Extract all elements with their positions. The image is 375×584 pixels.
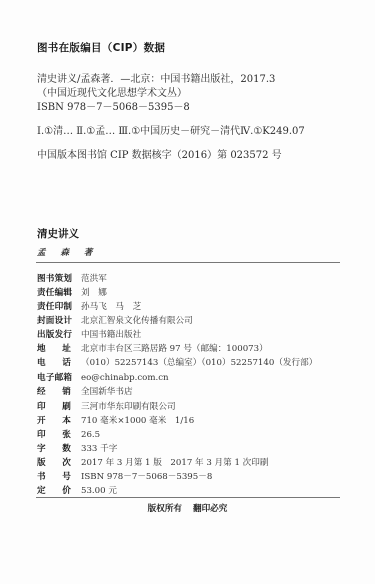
colophon-value: 孙马飞 马 芝 xyxy=(81,300,141,312)
colophon-value: 刘 娜 xyxy=(81,286,107,298)
colophon-value: （010）52257143（总编室）（010）52257140（发行部） xyxy=(81,356,317,368)
colophon-label: 地址 xyxy=(37,342,71,354)
colophon-value: 710 毫米×1000 毫米 1/16 xyxy=(81,414,194,426)
cip-series-line: （中国近现代文化思想学术文丛） xyxy=(37,84,187,99)
colophon-row-word-count: 字数333 千字 xyxy=(37,442,117,454)
colophon-row-edition: 版次2017 年 3 月第 1 版 2017 年 3 月第 1 次印刷 xyxy=(37,456,268,468)
colophon-row-format: 开本710 毫米×1000 毫米 1/16 xyxy=(37,414,194,426)
colophon-label: 书号 xyxy=(37,470,71,482)
colophon-row-printer: 印刷三河市华东印刷有限公司 xyxy=(37,400,176,412)
colophon-row-isbn: 书号ISBN 978－7－5068－5395－8 xyxy=(37,470,212,482)
colophon-label: 电话 xyxy=(37,356,71,368)
colophon-row-planner: 图书策划范洪军 xyxy=(37,272,107,284)
colophon-value: eo@chinabp.com.cn xyxy=(81,373,169,383)
colophon-value: 333 千字 xyxy=(81,442,117,454)
copyright-notice: 版权所有 翻印必究 xyxy=(0,502,375,514)
colophon-label: 字数 xyxy=(37,442,71,454)
colophon-value: 北京市丰台区三路居路 97 号（邮编：100073） xyxy=(81,342,268,354)
colophon-label: 图书策划 xyxy=(37,272,81,284)
colophon-value: 53.00 元 xyxy=(81,484,117,496)
colophon-label: 经销 xyxy=(37,385,71,397)
colophon-row-price: 定价53.00 元 xyxy=(37,484,117,496)
colophon-value: 范洪军 xyxy=(81,272,107,284)
colophon-value: 2017 年 3 月第 1 版 2017 年 3 月第 1 次印刷 xyxy=(81,456,268,468)
colophon-label: 开本 xyxy=(37,414,71,426)
colophon-label: 印张 xyxy=(37,428,71,440)
colophon-label: 责任编辑 xyxy=(37,286,81,298)
colophon-row-phone: 电话（010）52257143（总编室）（010）52257140（发行部） xyxy=(37,356,317,368)
colophon-row-address: 地址北京市丰台区三路居路 97 号（邮编：100073） xyxy=(37,342,268,354)
top-divider xyxy=(36,262,340,263)
colophon-label: 印刷 xyxy=(37,400,71,412)
colophon-row-editor: 责任编辑刘 娜 xyxy=(37,286,107,298)
colophon-value: 全国新华书店 xyxy=(81,385,133,397)
copyright-page: 图书在版编目（CIP）数据 清史讲义/孟森著．—北京：中国书籍出版社，2017.… xyxy=(0,0,375,584)
colophon-row-publisher: 出版发行中国书籍出版社 xyxy=(37,328,141,340)
colophon-value: 26.5 xyxy=(81,430,100,440)
colophon-row-distributor: 经销全国新华书店 xyxy=(37,385,133,397)
cip-citation-line: 清史讲义/孟森著．—北京：中国书籍出版社，2017.3 xyxy=(37,70,275,85)
cip-record-number-line: 中国版本图书馆 CIP 数据核字（2016）第 023572 号 xyxy=(37,146,282,161)
book-title: 清史讲义 xyxy=(37,226,79,241)
colophon-value: 中国书籍出版社 xyxy=(81,328,141,340)
cip-isbn-line: ISBN 978－7－5068－5395－8 xyxy=(37,98,190,113)
colophon-row-sheets: 印张26.5 xyxy=(37,428,100,440)
bottom-divider xyxy=(36,497,340,498)
colophon-row-print-supervisor: 责任印制孙马飞 马 芝 xyxy=(37,300,141,312)
colophon-label: 出版发行 xyxy=(37,328,81,340)
book-author: 孟 森 著 xyxy=(37,246,98,258)
colophon-row-email: 电子邮箱eo@chinabp.com.cn xyxy=(37,371,169,383)
cip-classification-line: Ⅰ.①清… Ⅱ.①孟… Ⅲ.①中国历史－研究－清代Ⅳ.①K249.07 xyxy=(37,122,305,137)
colophon-label: 封面设计 xyxy=(37,314,81,326)
colophon-label: 责任印制 xyxy=(37,300,81,312)
colophon-label: 版次 xyxy=(37,456,71,468)
colophon-value: 三河市华东印刷有限公司 xyxy=(81,400,176,412)
colophon-label: 电子邮箱 xyxy=(37,371,81,383)
colophon-label: 定价 xyxy=(37,484,71,496)
colophon-row-cover-design: 封面设计北京汇智泉文化传播有限公司 xyxy=(37,314,193,326)
colophon-value: ISBN 978－7－5068－5395－8 xyxy=(81,470,212,482)
cip-heading: 图书在版编目（CIP）数据 xyxy=(37,40,165,55)
colophon-value: 北京汇智泉文化传播有限公司 xyxy=(81,314,193,326)
